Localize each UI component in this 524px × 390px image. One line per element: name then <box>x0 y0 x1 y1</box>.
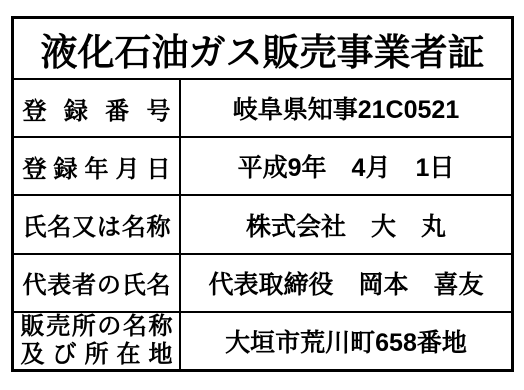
certificate-title: 液化石油ガス販売事業者証 <box>41 22 485 76</box>
office-name-address-label-line1: 販売所の名称 <box>21 313 173 341</box>
company-name-value: 株式会社 大 丸 <box>246 207 446 243</box>
table-row-representative-name: 代表者の氏名 代表取締役 岡本 喜友 <box>14 253 511 311</box>
representative-name-label: 代表者の氏名 <box>23 265 171 300</box>
registration-number-value: 岐阜県知事21C0521 <box>233 90 459 126</box>
table-row-registration-date: 登 録 年 月 日 平成9年 4月 1日 <box>14 136 511 194</box>
company-name-label-cell: 氏名又は名称 <box>14 196 181 252</box>
office-name-address-label-line2: 及 び 所 在 地 <box>21 341 173 369</box>
company-name-value-cell: 株式会社 大 丸 <box>181 196 511 252</box>
lp-gas-dealer-certificate: 液化石油ガス販売事業者証 登 録 番 号 岐阜県知事21C0521 登 録 年 … <box>11 16 514 372</box>
registration-date-label: 登 録 年 月 日 <box>23 149 171 184</box>
office-name-address-value-cell: 大垣市荒川町658番地 <box>181 313 511 369</box>
registration-date-label-cell: 登 録 年 月 日 <box>14 138 181 194</box>
company-name-label: 氏名又は名称 <box>23 207 171 242</box>
table-row-office-name-address: 販売所の名称 及 び 所 在 地 大垣市荒川町658番地 <box>14 311 511 369</box>
table-row-company-name: 氏名又は名称 株式会社 大 丸 <box>14 194 511 252</box>
registration-number-value-cell: 岐阜県知事21C0521 <box>181 80 511 136</box>
certificate-title-row: 液化石油ガス販売事業者証 <box>14 19 511 78</box>
representative-name-label-cell: 代表者の氏名 <box>14 255 181 311</box>
representative-name-value: 代表取締役 岡本 喜友 <box>208 265 483 301</box>
registration-number-label: 登 録 番 号 <box>23 91 171 126</box>
table-row-registration-number: 登 録 番 号 岐阜県知事21C0521 <box>14 78 511 136</box>
registration-number-label-cell: 登 録 番 号 <box>14 80 181 136</box>
representative-name-value-cell: 代表取締役 岡本 喜友 <box>181 255 511 311</box>
office-name-address-value: 大垣市荒川町658番地 <box>225 323 467 359</box>
registration-date-value: 平成9年 4月 1日 <box>238 148 455 184</box>
office-name-address-label-cell: 販売所の名称 及 び 所 在 地 <box>14 313 181 369</box>
registration-date-value-cell: 平成9年 4月 1日 <box>181 138 511 194</box>
